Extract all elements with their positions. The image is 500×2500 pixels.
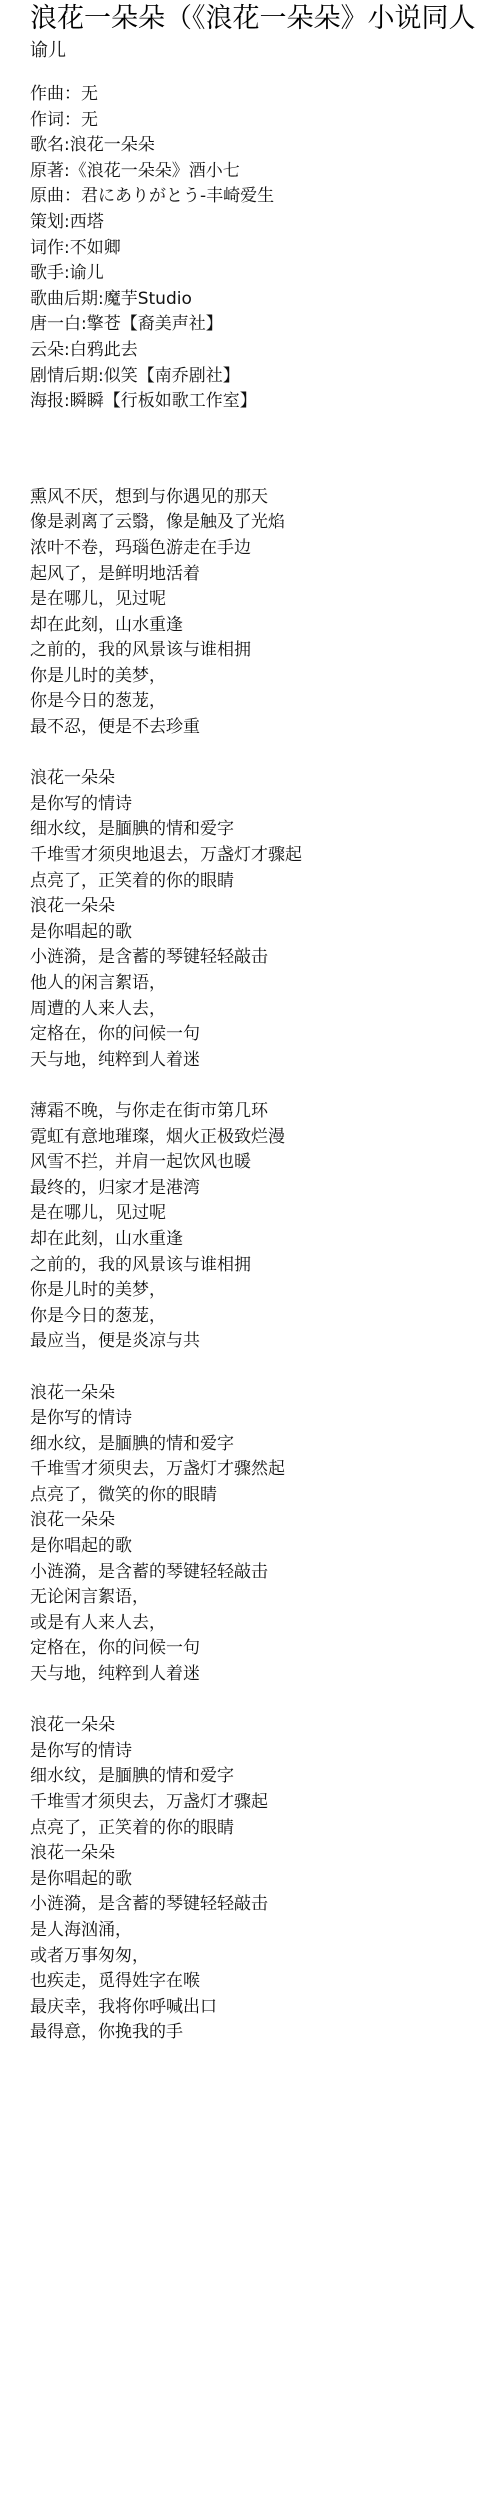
credit-line: 海报:瞬瞬【行板如歌工作室】 (30, 389, 500, 415)
credit-line: 歌名:浪花一朵朵 (30, 133, 500, 159)
stanza-verse-2: 薄霜不晚，与你走在街市第几环 霓虹有意地璀璨，烟火正极致烂漫 风雪不拦，并肩一起… (30, 1099, 500, 1355)
lyric-line: 最不忍，便是不去珍重 (30, 715, 500, 741)
lyric-line: 小涟漪，是含蓄的琴键轻轻敲击 (30, 1892, 500, 1918)
lyric-line: 之前的，我的风景该与谁相拥 (30, 638, 500, 664)
lyric-line: 定格在，你的问候一句 (30, 1022, 500, 1048)
lyric-line: 细水纹，是腼腆的情和爱字 (30, 817, 500, 843)
lyric-line: 熏风不厌，想到与你遇见的那天 (30, 485, 500, 511)
lyric-line: 小涟漪，是含蓄的琴键轻轻敲击 (30, 945, 500, 971)
lyric-line: 是你唱起的歌 (30, 1867, 500, 1893)
credit-line: 词作:不如卿 (30, 236, 500, 262)
lyric-line: 或是有人来人去， (30, 1611, 500, 1637)
credit-line: 策划:西塔 (30, 210, 500, 236)
lyric-line: 是你写的情诗 (30, 1406, 500, 1432)
stanza-chorus-1: 浪花一朵朵 是你写的情诗 细水纹，是腼腆的情和爱字 千堆雪才须臾地退去，万盏灯才… (30, 766, 500, 1073)
lyric-line: 你是今日的葱茏， (30, 689, 500, 715)
credit-line: 原曲：君にありがとう-丰崎爱生 (30, 184, 500, 210)
lyrics-body: 熏风不厌，想到与你遇见的那天 像是剥离了云翳，像是触及了光焰 浓叶不卷，玛瑙色游… (30, 485, 500, 2046)
lyric-line: 是你写的情诗 (30, 792, 500, 818)
lyric-line: 他人的闲言絮语， (30, 971, 500, 997)
lyric-line: 之前的，我的风景该与谁相拥 (30, 1253, 500, 1279)
lyric-line: 千堆雪才须臾去，万盏灯才骤起 (30, 1790, 500, 1816)
lyric-line: 小涟漪，是含蓄的琴键轻轻敲击 (30, 1560, 500, 1586)
lyric-line: 也疾走，觅得姓字在喉 (30, 1969, 500, 1995)
lyrics-page: 浪花一朵朵（《浪花一朵朵》小说同人 谕儿 作曲：无 作词：无 歌名:浪花一朵朵 … (30, 0, 500, 2072)
lyric-line: 是你唱起的歌 (30, 1534, 500, 1560)
lyric-line: 周遭的人来人去， (30, 997, 500, 1023)
lyric-line: 点亮了，微笑的你的眼睛 (30, 1483, 500, 1509)
lyric-line: 无论闲言絮语， (30, 1585, 500, 1611)
lyric-line: 最终的，归家才是港湾 (30, 1176, 500, 1202)
credit-line: 作曲：无 (30, 82, 500, 108)
lyric-line: 浪花一朵朵 (30, 1713, 500, 1739)
lyric-line: 点亮了，正笑着的你的眼睛 (30, 1816, 500, 1842)
lyric-line: 薄霜不晚，与你走在街市第几环 (30, 1099, 500, 1125)
lyric-line: 你是今日的葱茏， (30, 1304, 500, 1330)
lyric-line: 最得意，你挽我的手 (30, 2020, 500, 2046)
lyric-line: 浪花一朵朵 (30, 766, 500, 792)
stanza-chorus-final: 浪花一朵朵 是你写的情诗 细水纹，是腼腆的情和爱字 千堆雪才须臾去，万盏灯才骤起… (30, 1713, 500, 2046)
lyric-line: 你是儿时的美梦， (30, 1278, 500, 1304)
lyric-line: 天与地，纯粹到人着迷 (30, 1662, 500, 1688)
lyric-line: 浪花一朵朵 (30, 1381, 500, 1407)
artist-name: 谕儿 (30, 38, 500, 64)
credit-line: 云朵:白鸦此去 (30, 338, 500, 364)
song-title: 浪花一朵朵（《浪花一朵朵》小说同人 (30, 2, 500, 36)
lyric-line: 你是儿时的美梦， (30, 664, 500, 690)
lyric-line: 浪花一朵朵 (30, 1508, 500, 1534)
lyric-line: 浓叶不卷，玛瑙色游走在手边 (30, 536, 500, 562)
lyric-line: 细水纹，是腼腆的情和爱字 (30, 1764, 500, 1790)
lyric-line: 像是剥离了云翳，像是触及了光焰 (30, 510, 500, 536)
stanza-chorus-2: 浪花一朵朵 是你写的情诗 细水纹，是腼腆的情和爱字 千堆雪才须臾去，万盏灯才骤然… (30, 1381, 500, 1688)
credit-line: 剧情后期:似笑【南乔剧社】 (30, 364, 500, 390)
credit-line: 作词：无 (30, 108, 500, 134)
lyric-line: 最应当，便是炎凉与共 (30, 1329, 500, 1355)
lyric-line: 霓虹有意地璀璨，烟火正极致烂漫 (30, 1125, 500, 1151)
lyric-line: 是你唱起的歌 (30, 920, 500, 946)
lyric-line: 是你写的情诗 (30, 1739, 500, 1765)
lyric-line: 浪花一朵朵 (30, 1841, 500, 1867)
lyric-line: 是在哪儿，见过呢 (30, 587, 500, 613)
credits-block: 作曲：无 作词：无 歌名:浪花一朵朵 原著:《浪花一朵朵》酒小七 原曲：君にあり… (30, 82, 500, 415)
lyric-line: 起风了，是鲜明地活着 (30, 562, 500, 588)
lyric-line: 千堆雪才须臾去，万盏灯才骤然起 (30, 1457, 500, 1483)
lyric-line: 是人海汹涌， (30, 1918, 500, 1944)
lyric-line: 或者万事匆匆， (30, 1944, 500, 1970)
credit-line: 歌曲后期:魔芋Studio (30, 287, 500, 313)
lyric-line: 却在此刻，山水重逢 (30, 613, 500, 639)
lyric-line: 天与地，纯粹到人着迷 (30, 1048, 500, 1074)
lyric-line: 点亮了，正笑着的你的眼睛 (30, 869, 500, 895)
credit-line: 原著:《浪花一朵朵》酒小七 (30, 159, 500, 185)
lyric-line: 细水纹，是腼腆的情和爱字 (30, 1432, 500, 1458)
credit-line: 歌手:谕儿 (30, 261, 500, 287)
stanza-verse-1: 熏风不厌，想到与你遇见的那天 像是剥离了云翳，像是触及了光焰 浓叶不卷，玛瑙色游… (30, 485, 500, 741)
lyric-line: 浪花一朵朵 (30, 894, 500, 920)
lyric-line: 千堆雪才须臾地退去，万盏灯才骤起 (30, 843, 500, 869)
lyric-line: 定格在，你的问候一句 (30, 1636, 500, 1662)
lyric-line: 是在哪儿，见过呢 (30, 1201, 500, 1227)
lyric-line: 最庆幸，我将你呼喊出口 (30, 1995, 500, 2021)
credit-line: 唐一白:擎苍【裔美声社】 (30, 312, 500, 338)
lyric-line: 风雪不拦，并肩一起饮风也暖 (30, 1150, 500, 1176)
lyric-line: 却在此刻，山水重逢 (30, 1227, 500, 1253)
